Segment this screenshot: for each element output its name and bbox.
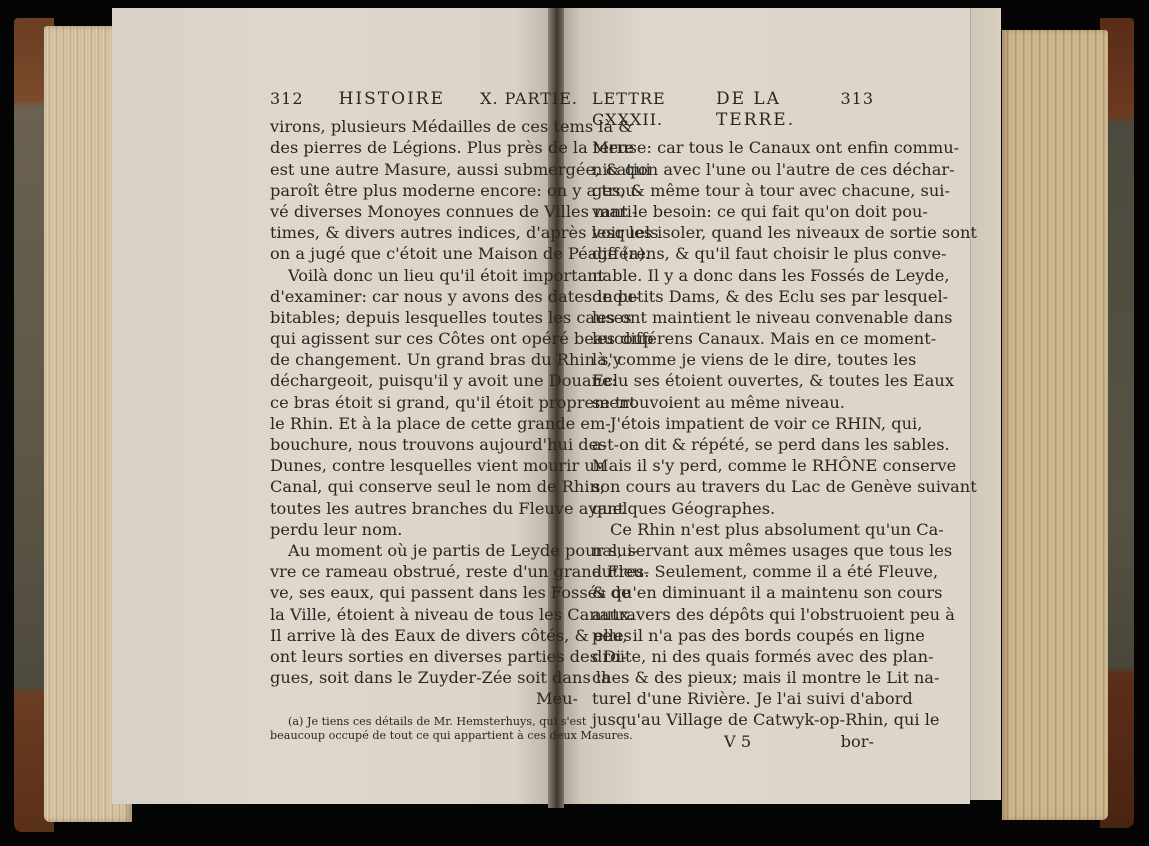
running-letter: LETTRE CXXXII. — [592, 88, 716, 130]
text-line: bitables; depuis lesquelles toutes les c… — [270, 307, 578, 328]
text-line: vant le besoin: ce qui fait qu'on doit p… — [592, 201, 874, 222]
text-line: des pierres de Légions. Plus près de la … — [270, 137, 578, 158]
text-line: paroît être plus moderne encore: on y a … — [270, 180, 578, 201]
text-line: Mais il s'y perd, comme le RHÔNE conserv… — [592, 455, 874, 476]
footnote-line: (a) Je tiens ces détails de Mr. Hemsterh… — [270, 715, 578, 729]
text-line: peu, il n'a pas des bords coupés en lign… — [592, 625, 874, 646]
text-line: de changement. Un grand bras du Rhin s'y — [270, 349, 578, 370]
text-line: les différens Canaux. Mais en ce moment- — [592, 328, 874, 349]
text-line: se trouvoient au même niveau. — [592, 392, 874, 413]
text-line: Au moment où je partis de Leyde pour sui… — [270, 540, 578, 561]
left-body: virons, plusieurs Médailles de ces tems … — [270, 116, 578, 709]
text-line: on a jugé que c'étoit une Maison de Péag… — [270, 243, 578, 264]
text-line: & qu'en diminuant il a maintenu son cour… — [592, 582, 874, 603]
text-line: ges, & même tour à tour avec chacune, su… — [592, 180, 874, 201]
right-page-text: LETTRE CXXXII. DE LA TERRE. 313 Meuse: c… — [592, 88, 874, 752]
right-page-edge — [970, 8, 1001, 800]
text-line: vé diverses Monoyes connues de Villes ma… — [270, 201, 578, 222]
text-line: Eclu ses étoient ouvertes, & toutes les … — [592, 370, 874, 391]
text-line: les ont maintient le niveau convenable d… — [592, 307, 874, 328]
text-line: nal, servant aux mêmes usages que tous l… — [592, 540, 874, 561]
text-line: toutes les autres branches du Fleuve aya… — [270, 498, 578, 519]
text-line: Meu- — [270, 688, 578, 709]
text-line: times, & divers autres indices, d'après … — [270, 222, 578, 243]
text-line: Canal, qui conserve seul le nom de Rhin; — [270, 476, 578, 497]
page-number: 313 — [840, 88, 874, 109]
running-title: DE LA TERRE. — [716, 89, 841, 131]
text-line: a-t-on dit & répété, se perd dans les sa… — [592, 434, 874, 455]
text-line: qui agissent sur ces Côtes ont opéré bea… — [270, 328, 578, 349]
text-line: droite, ni des quais formés avec des pla… — [592, 646, 874, 667]
right-body: Meuse: car tous le Canaux ont enfin comm… — [592, 137, 874, 730]
text-line: Meuse: car tous le Canaux ont enfin comm… — [592, 137, 874, 158]
text-line: ce bras étoit si grand, qu'il étoit prop… — [270, 392, 578, 413]
text-line: différens, & qu'il faut choisir le plus … — [592, 243, 874, 264]
text-line: autravers des dépôts qui l'obstruoient p… — [592, 604, 874, 625]
text-line: jusqu'au Village de Catwyk-op-Rhin, qui … — [592, 709, 874, 730]
text-line: turel d'une Rivière. Je l'ai suivi d'abo… — [592, 688, 874, 709]
text-line: son cours au travers du Lac de Genève su… — [592, 476, 874, 497]
text-line: Voilà donc un lieu qu'il étoit important — [270, 265, 578, 286]
text-line: nication avec l'une ou l'autre de ces dé… — [592, 159, 874, 180]
running-part: X. PARTIE. — [480, 88, 578, 109]
text-line: d'examiner: car nous y avons des dates i… — [270, 286, 578, 307]
page-block-edge-right — [1002, 30, 1108, 820]
text-line: de petits Dams, & des Eclu ses par lesqu… — [592, 286, 874, 307]
text-line: déchargeoit, puisqu'il y avoit une Douan… — [270, 370, 578, 391]
running-title: HISTOIRE — [339, 89, 445, 110]
left-page-text: 312 HISTOIRE X. PARTIE. virons, plusieur… — [270, 88, 578, 743]
text-line: quelques Géographes. — [592, 498, 874, 519]
text-line: ches & des pieux; mais il montre le Lit … — [592, 667, 874, 688]
text-line: ve, ses eaux, qui passent dans les Fossé… — [270, 582, 578, 603]
text-line: Dunes, contre lesquelles vient mourir un — [270, 455, 578, 476]
text-line: gues, soit dans le Zuyder-Zée soit dans … — [270, 667, 578, 688]
text-line: là, comme je viens de le dire, toutes le… — [592, 349, 874, 370]
text-line: voir les isoler, quand les niveaux de so… — [592, 222, 874, 243]
text-line: virons, plusieurs Médailles de ces tems … — [270, 116, 578, 137]
left-running-head: 312 HISTOIRE X. PARTIE. — [270, 88, 578, 110]
page-number: 312 — [270, 88, 304, 109]
text-line: le Rhin. Et à la place de cette grande e… — [270, 413, 578, 434]
text-line: ont leurs sorties en diverses parties de… — [270, 646, 578, 667]
text-line: est une autre Masure, aussi submergée, &… — [270, 159, 578, 180]
text-line: vre ce rameau obstrué, reste d'un grand … — [270, 561, 578, 582]
catchword: bor- — [841, 731, 874, 752]
text-line: J'étois impatient de voir ce RHIN, qui, — [592, 413, 874, 434]
right-running-head: LETTRE CXXXII. DE LA TERRE. 313 — [592, 88, 874, 131]
text-line: bouchure, nous trouvons aujourd'hui des — [270, 434, 578, 455]
footnote: (a) Je tiens ces détails de Mr. Hemsterh… — [270, 715, 578, 743]
text-line: perdu leur nom. — [270, 519, 578, 540]
text-line: Ce Rhin n'est plus absolument qu'un Ca- — [592, 519, 874, 540]
text-line: autres. Seulement, comme il a été Fleuve… — [592, 561, 874, 582]
footnote-line: beaucoup occupé de tout ce qui appartien… — [270, 729, 578, 743]
signature-line: V 5 bor- — [592, 731, 874, 752]
signature-mark: V 5 — [724, 731, 751, 752]
text-line: nable. Il y a donc dans les Fossés de Le… — [592, 265, 874, 286]
text-line: la Ville, étoient à niveau de tous les C… — [270, 604, 578, 625]
text-line: Il arrive là des Eaux de divers côtés, &… — [270, 625, 578, 646]
